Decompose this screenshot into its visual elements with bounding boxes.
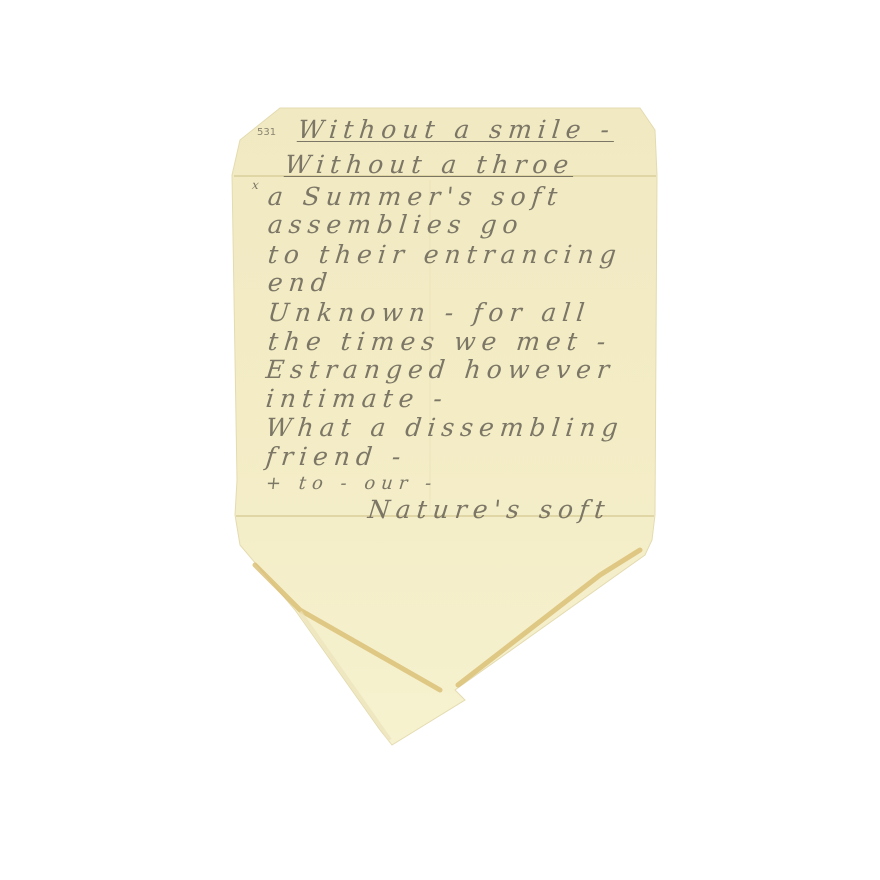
poem-line-5: to their entrancing (266, 240, 623, 269)
poem-line-12: friend - (264, 442, 408, 471)
poem-line-6: end (266, 268, 334, 297)
margin-mark-x: x (251, 178, 265, 192)
poem-line-7: Unknown - for all (266, 298, 591, 327)
poem-line-3: a Summer's soft (266, 182, 564, 211)
poem-line-13: + to - our - (265, 473, 438, 494)
poem-line-8: the times we met - (266, 327, 612, 356)
poem-line-4: assemblies go (266, 210, 525, 239)
poem-line-14: Nature's soft (366, 495, 612, 524)
manuscript-scan: 531 Without a smile - Without a throe x … (0, 0, 880, 880)
poem-line-10: intimate - (264, 384, 449, 413)
poem-line-11: What a dissembling (264, 413, 625, 442)
poem-line-2: Without a throe (283, 150, 575, 179)
poem-line-1: Without a smile - (296, 115, 616, 144)
poem-line-9: Estranged however (264, 355, 616, 384)
catalog-number: 531 (257, 127, 276, 138)
